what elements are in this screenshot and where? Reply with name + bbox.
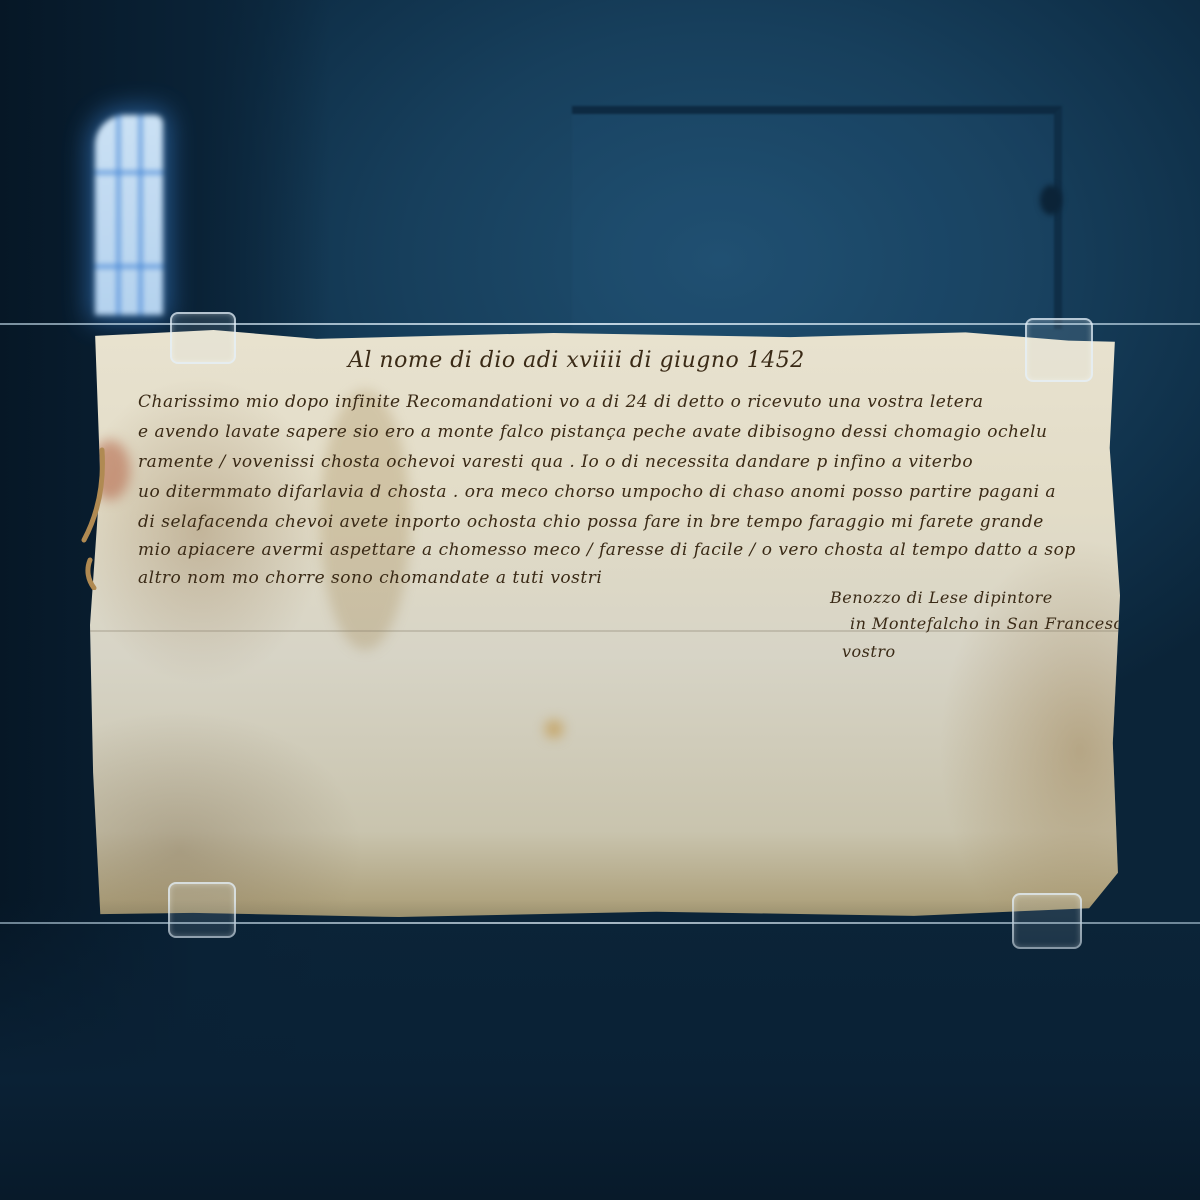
letter-line-3: ramente / vovenissi chosta ochevoi vares…	[138, 452, 973, 472]
glass-clip-top-right	[1025, 318, 1093, 382]
glass-clip-top-left	[170, 312, 236, 364]
manuscript-letter: Al nome di dio adi xviiii di giugno 1452…	[90, 330, 1120, 920]
letter-line-6: mio apiacere avermi aspettare a chomesso…	[138, 540, 1076, 560]
glass-clip-bottom-right	[1012, 893, 1082, 949]
signature-line-3: vostro	[842, 642, 896, 661]
blurred-arched-window	[95, 115, 163, 315]
letter-line-5: di selafacenda chevoi avete inporto ocho…	[138, 512, 1044, 532]
signature-line-1: Benozzo di Lese dipintore	[830, 588, 1053, 607]
museum-display-scene: Al nome di dio adi xviiii di giugno 1452…	[0, 0, 1200, 1200]
signature-line-2: in Montefalcho in San Francesco	[850, 614, 1133, 633]
letter-line-4: uo ditermmato difarlavia d chosta . ora …	[138, 482, 1056, 502]
letter-line-2: e avendo lavate sapere sio ero a monte f…	[138, 422, 1047, 442]
letter-line-1: Charissimo mio dopo infinite Recomandati…	[138, 392, 984, 412]
blurred-wall-panel	[572, 106, 1062, 329]
glass-clip-bottom-left	[168, 882, 236, 938]
blurred-door-handle	[1040, 185, 1062, 215]
letter-heading: Al nome di dio adi xviiii di giugno 1452	[348, 348, 805, 373]
small-stain	[545, 720, 563, 738]
binding-string	[80, 440, 110, 590]
glass-edge-bottom	[0, 922, 1200, 924]
letter-line-7: altro nom mo chorre sono chomandate a tu…	[138, 568, 602, 588]
